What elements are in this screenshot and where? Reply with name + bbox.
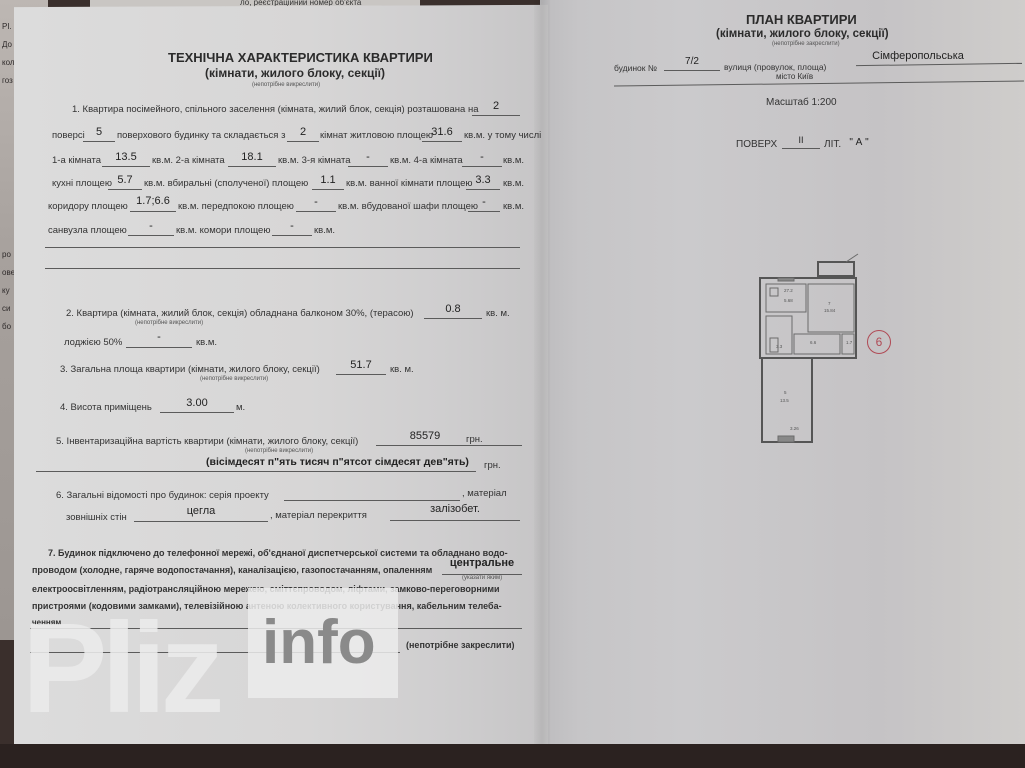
strike-note: (непотрібне викреслити) <box>245 448 313 454</box>
storage-label: кв.м. комори площею <box>176 225 270 236</box>
rooms-count-value: 2 <box>287 126 319 138</box>
living-area-value: 31.6 <box>422 126 462 138</box>
svg-text:7: 7 <box>828 301 831 306</box>
underlying-fragment: бо <box>2 322 11 331</box>
unit-label: кв.м. <box>503 178 524 189</box>
underlying-fragment: ку <box>2 286 10 295</box>
unit-label: кв.м. <box>314 225 335 236</box>
unit-label: кв. м. <box>486 308 510 319</box>
s5-label: 5. Інвентаризаційна вартість квартири (к… <box>56 436 358 447</box>
sanuzel-value: - <box>128 220 174 232</box>
unit-label: кв.м. <box>503 201 524 212</box>
room3-label: кв.м. 3-я кімната <box>278 155 351 166</box>
heating-value: центральне <box>442 557 522 569</box>
s7-line2: проводом (холодне, гаряче водопостачання… <box>32 565 432 575</box>
svg-text:13.5: 13.5 <box>780 398 789 403</box>
room2-value: 18.1 <box>228 151 276 163</box>
balcony-value: 0.8 <box>424 303 482 315</box>
right-page-subtitle: (кімнати, жилого блоку, секції) <box>716 28 889 40</box>
s1-incl-label: кв.м. у тому числі <box>464 130 541 141</box>
hall-label: кв.м. передпокою площею <box>178 201 294 212</box>
watermark-logo-pliz: Pliz <box>22 605 219 733</box>
height-value: 3.00 <box>160 397 234 409</box>
s1-label: 1. Квартира посімейного, спільного засел… <box>72 104 478 115</box>
strike-note: (непотрібне викреслити) <box>135 320 203 326</box>
room1-label: 1-а кімната <box>52 155 101 166</box>
underlying-fragment: РІ. <box>2 22 12 31</box>
unit-label: м. <box>236 402 245 413</box>
house-number-value: 7/2 <box>664 56 720 67</box>
s4-label: 4. Висота приміщень <box>60 402 152 413</box>
room3-value: - <box>348 151 388 163</box>
kitchen-label: кухні площею <box>52 178 112 189</box>
underlying-fragment: ро <box>2 250 11 259</box>
closet-value: - <box>468 196 500 208</box>
storeys-value: 5 <box>83 126 115 138</box>
floor-value: II <box>782 135 820 145</box>
closet-label: кв.м. вбудованої шафи площею <box>338 201 478 212</box>
room4-label: кв.м. 4-а кімната <box>390 155 463 166</box>
currency-label: грн. <box>484 460 501 471</box>
s2-label: 2. Квартира (кімната, жилий блок, секція… <box>66 308 414 319</box>
letter-label: ЛІТ. <box>824 139 841 150</box>
s1-floor-label: поверсі <box>52 130 85 141</box>
total-area-value: 51.7 <box>336 359 386 371</box>
street-value: Сімферопольська <box>858 50 978 62</box>
inventory-value: 85579 <box>390 430 460 442</box>
room1-value: 13.5 <box>102 151 150 163</box>
underlying-fragment: гоз <box>2 76 13 85</box>
city-value: місто Київ <box>776 72 813 81</box>
currency-label: грн. <box>466 434 483 445</box>
kitchen-value: 5.7 <box>108 174 142 186</box>
svg-text:5: 5 <box>784 390 787 395</box>
s1-storeys-label: поверхового будинку та складається з <box>117 130 285 141</box>
house-label: будинок № <box>614 63 657 73</box>
svg-text:3.26: 3.26 <box>790 426 799 431</box>
bath-label: кв.м. ванної кімнати площею <box>346 178 473 189</box>
strike-note: (непотрібне закреслити) <box>772 41 840 47</box>
room4-value: - <box>462 151 502 163</box>
unit-label: кв. м. <box>390 364 414 375</box>
bath-value: 3.3 <box>466 174 500 186</box>
toilet-value: 1.1 <box>312 174 344 186</box>
s1-living-label: кімнат житловою площею <box>320 130 433 141</box>
svg-text:3.3: 3.3 <box>776 344 783 349</box>
storage-value: - <box>272 220 312 232</box>
corridor-value: 1.7;6.6 <box>130 195 176 207</box>
loggia-value: - <box>126 331 192 343</box>
underlying-fragment: кол <box>2 58 15 67</box>
ceiling-value: залізобет. <box>390 503 520 515</box>
svg-text:6.6: 6.6 <box>810 340 817 345</box>
ceiling-label: , матеріал перекриття <box>270 510 367 521</box>
right-page-title: ПЛАН КВАРТИРИ <box>746 12 857 27</box>
floor-label: ПОВЕРХ <box>736 139 777 150</box>
svg-text:5.68: 5.68 <box>784 298 793 303</box>
left-page-subtitle: (кімнати, жилого блоку, секції) <box>205 66 385 80</box>
svg-text:15.84: 15.84 <box>824 308 836 313</box>
loggia-label: лоджією 50% <box>64 337 122 348</box>
underlying-fragment: До <box>2 40 12 49</box>
sanuzel-label: санвузла площею <box>48 225 127 236</box>
floor-value: 2 <box>472 100 520 112</box>
s7-line1: 7. Будинок підключено до телефонної мере… <box>48 548 508 558</box>
inventory-in-words: (вісімдесят п"ять тисяч п"ятсот сімдесят… <box>206 456 456 468</box>
unit-label: кв.м. <box>503 155 524 166</box>
s6-label: 6. Загальні відомості про будинок: серія… <box>56 490 269 501</box>
unit-label: кв.м. <box>196 337 217 348</box>
scale-label: Масштаб 1:200 <box>766 97 837 108</box>
strike-note: (непотрібне закреслити) <box>406 640 515 650</box>
walls-label: зовнішніх стін <box>66 512 127 523</box>
apartment-marker-circle: 6 <box>867 330 891 354</box>
heating-note: (указати яким) <box>462 575 502 581</box>
underlying-fragment: си <box>2 304 10 313</box>
hall-value: - <box>296 196 336 208</box>
material-label: , матеріал <box>462 488 507 499</box>
table-surface <box>0 744 1025 768</box>
strike-note: (непотрібне викреслити) <box>252 82 320 88</box>
walls-value: цегла <box>134 505 268 517</box>
s3-label: 3. Загальна площа квартири (кімнати, жил… <box>60 364 320 375</box>
letter-value: " А " <box>844 137 874 148</box>
strike-note: (непотрібне викреслити) <box>200 376 268 382</box>
toilet-label: кв.м. вбиральні (сполученої) площею <box>144 178 308 189</box>
corridor-label: коридору площею <box>48 201 128 212</box>
svg-text:27.2: 27.2 <box>784 288 793 293</box>
watermark-logo-info: info <box>262 612 376 674</box>
street-label: вулиця (провулок, площа) <box>724 62 826 72</box>
page-fold <box>534 0 550 752</box>
svg-text:1.7: 1.7 <box>846 340 853 345</box>
left-page-title: ТЕХНІЧНА ХАРАКТЕРИСТИКА КВАРТИРИ <box>168 50 433 65</box>
room2-label: кв.м. 2-а кімната <box>152 155 225 166</box>
